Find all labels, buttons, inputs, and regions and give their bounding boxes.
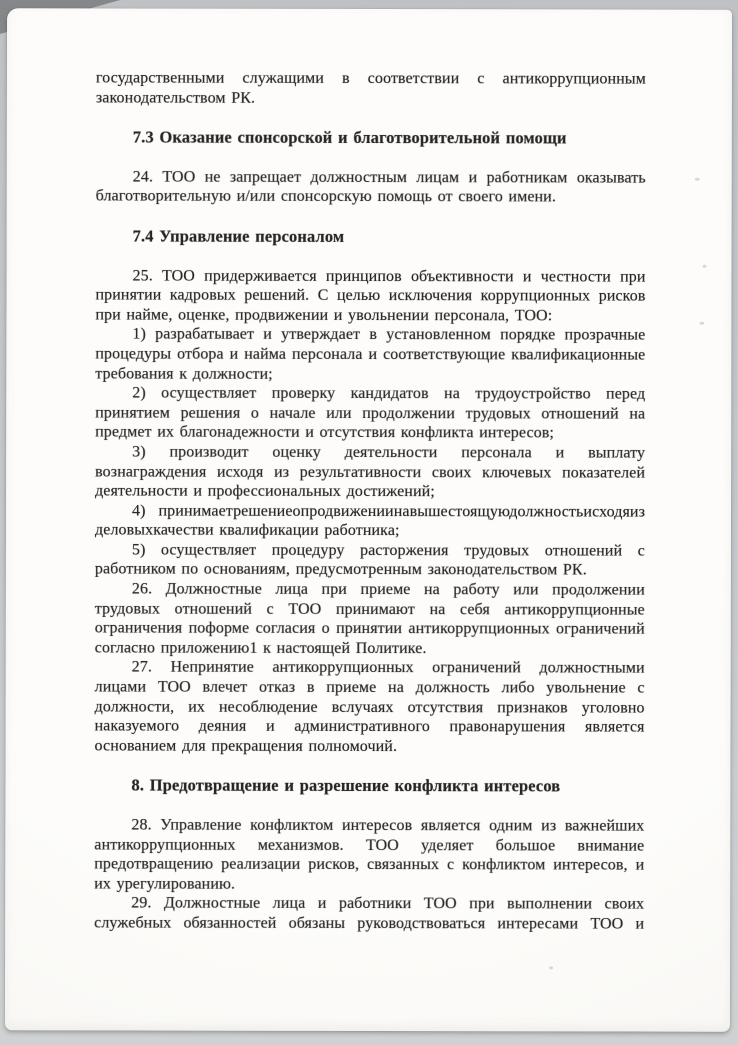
section-heading-7-4: 7.4 Управление персоналом — [96, 226, 646, 247]
list-item-25-5: 5) осуществляет процедуру расторжения тр… — [95, 540, 645, 580]
paragraph-item-29: 29. Должностные лица и работники ТОО при… — [94, 894, 644, 934]
document-text-block: государственными служащими в соответстви… — [94, 68, 646, 934]
list-item-25-4: 4) принимаетрешениеопродвижениинавышесто… — [95, 501, 645, 541]
scan-noise-speck — [703, 265, 707, 268]
list-item-25-1: 1) разрабатывает и утверждает в установл… — [95, 325, 645, 385]
list-item-25-2: 2) осуществляет проверку кандидатов на т… — [95, 384, 645, 444]
paragraph-item-25: 25. ТОО придерживается принципов объекти… — [95, 266, 645, 326]
scan-noise-speck — [695, 178, 700, 181]
section-heading-7-3: 7.3 Оказание спонсорской и благотворител… — [96, 128, 646, 149]
scan-noise-speck — [549, 966, 553, 969]
paragraph-continuation-item-23: государственными служащими в соответстви… — [96, 68, 646, 108]
paragraph-item-28: 28. Управление конфликтом интересов явля… — [94, 815, 644, 895]
list-item-25-3: 3) производит оценку деятельности персон… — [95, 442, 645, 502]
scan-noise-speck — [699, 322, 704, 325]
section-heading-8: 8. Предотвращение и разрешение конфликта… — [94, 776, 644, 797]
paragraph-item-24: 24. ТОО не запрещает должностным лицам и… — [96, 167, 646, 207]
paragraph-item-26: 26. Должностные лица при приеме на работ… — [95, 579, 645, 659]
document-page: государственными служащими в соответстви… — [5, 8, 732, 1032]
paragraph-item-27: 27. Непринятие антикоррупционных огранич… — [95, 658, 645, 757]
